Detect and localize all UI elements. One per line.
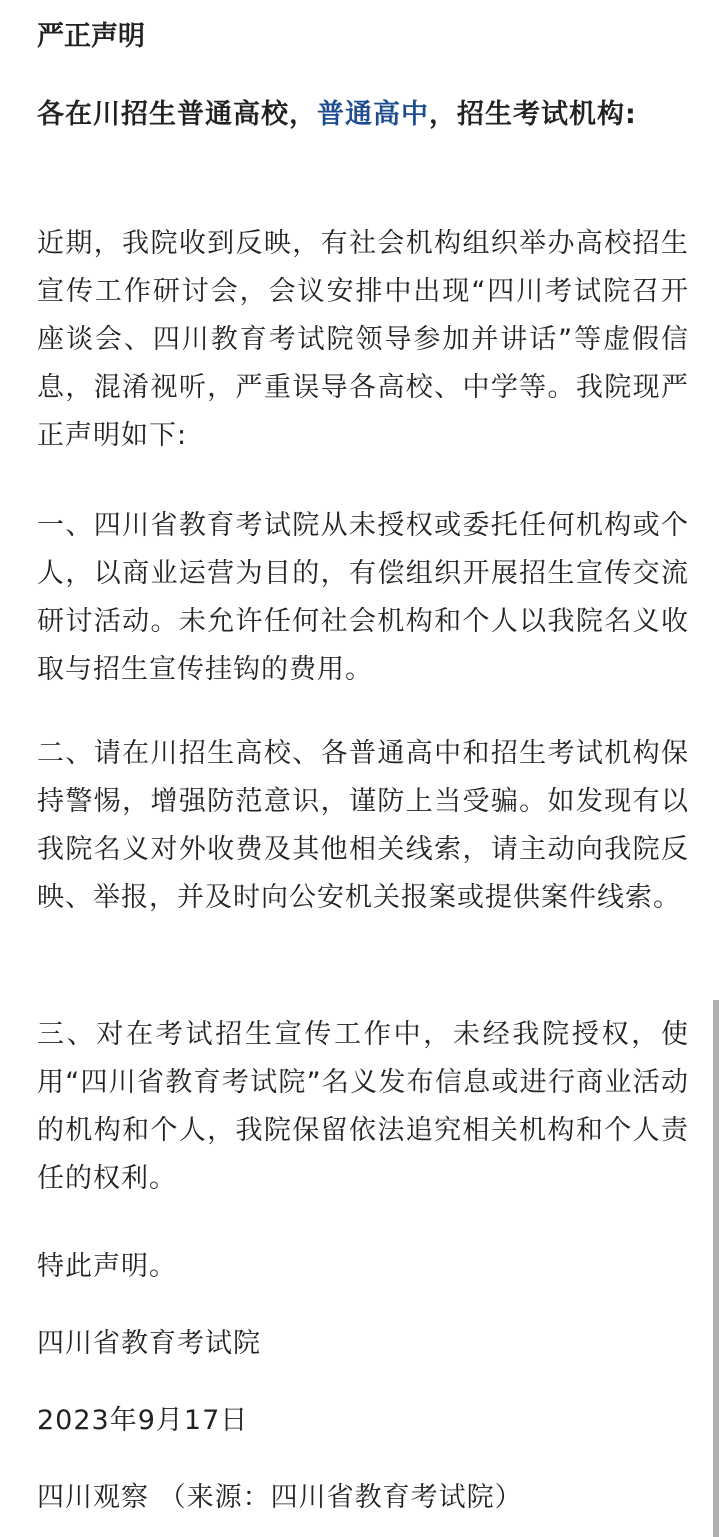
paragraph-point-1: 一、四川省教育考试院从未授权或委托任何机构或个人，以商业运营为目的，有偿组织开展… — [37, 502, 689, 694]
scrollbar[interactable] — [713, 1000, 719, 1537]
signature: 四川省教育考试院 — [37, 1320, 689, 1368]
salutation-link[interactable]: 普通高中 — [317, 99, 429, 130]
paragraph-point-3: 三、对在考试招生宣传工作中，未经我院授权，使用“四川省教育考试院”名义发布信息或… — [37, 1011, 689, 1203]
date: 2023年9月17日 — [37, 1397, 689, 1445]
salutation-after: ，招生考试机构: — [429, 99, 637, 130]
article-title: 严正声明 — [37, 17, 145, 57]
paragraph-closing: 特此声明。 — [37, 1243, 689, 1291]
paragraph-point-2: 二、请在川招生高校、各普通高中和招生考试机构保持警惕，增强防范意识，谨防上当受骗… — [37, 730, 689, 922]
salutation-before: 各在川招生普通高校， — [37, 99, 317, 130]
salutation: 各在川招生普通高校，普通高中，招生考试机构: — [37, 91, 689, 139]
paragraph-intro: 近期，我院收到反映，有社会机构组织举办高校招生宣传工作研讨会，会议安排中出现“四… — [37, 220, 689, 460]
source-line: 四川观察 （来源：四川省教育考试院） — [37, 1474, 689, 1522]
